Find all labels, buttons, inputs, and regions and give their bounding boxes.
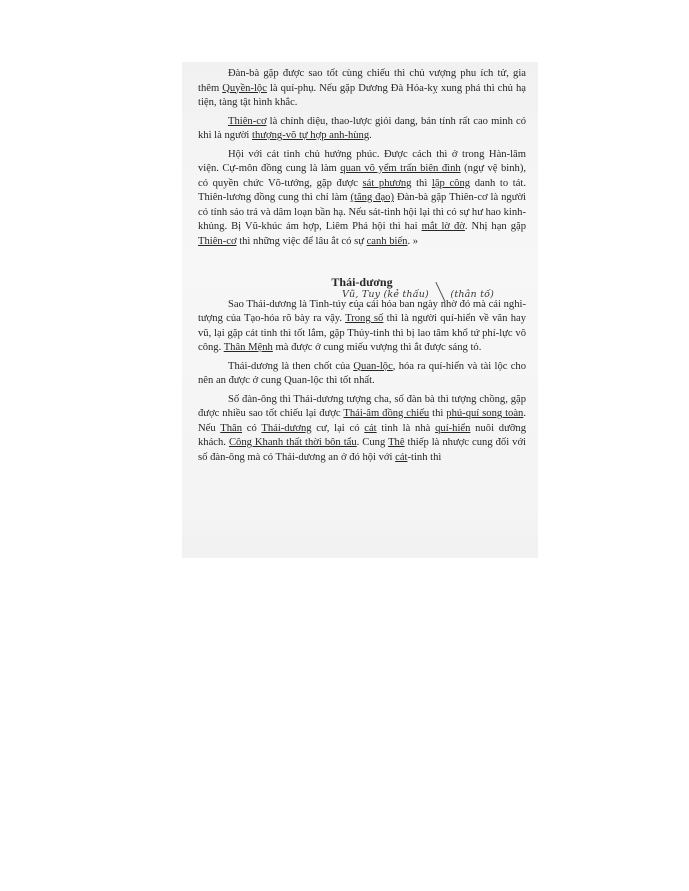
text-run: thì <box>411 178 431 189</box>
underlined-phrase: cát <box>395 452 407 463</box>
text-run: cư, lại có <box>312 423 365 434</box>
text-run: ám <box>286 221 299 232</box>
paragraph-p4: Sao Thái-dương là Tinh-túy của cái hỏa b… <box>198 298 526 356</box>
text-run: thì những việc để lâu ắt có sự <box>237 236 367 247</box>
paragraph-p5: Thái-dương là then chốt của Quan-lộc, hó… <box>198 360 526 389</box>
handwritten-note-left: Vũ, Tuy (kẻ thấu) <box>342 289 429 300</box>
underlined-phrase: Thê <box>388 437 404 448</box>
scanned-book-page: Đàn-bà gặp được sao tốt cùng chiếu thì c… <box>182 62 538 558</box>
underlined-phrase: Thiên-cơ <box>198 236 237 247</box>
text-run: Thái-dương là then chốt của <box>228 361 353 372</box>
underlined-phrase: thượng-võ tự hợp anh-hùng <box>252 130 369 141</box>
underlined-phrase: phú-quí song toàn <box>446 408 523 419</box>
underlined-phrase: Quyền-lộc <box>222 83 267 94</box>
text-run: . Nhị hạn gặp <box>465 221 526 232</box>
underlined-phrase: Quan-lộc <box>353 361 392 372</box>
underlined-phrase: Thân <box>220 423 242 434</box>
ink-speck <box>358 308 360 310</box>
text-run: hợp, Liêm Phá hội thì hai <box>299 221 422 232</box>
underlined-phrase: canh biến <box>367 236 408 247</box>
underlined-phrase: Trong số <box>345 313 383 324</box>
text-run: thì <box>429 408 446 419</box>
text-run: . Cung <box>357 437 388 448</box>
text-run: . » <box>407 236 418 247</box>
ink-speck <box>368 305 370 307</box>
paragraph-p1: Đàn-bà gặp được sao tốt cùng chiếu thì c… <box>198 67 526 111</box>
underlined-phrase: cát <box>364 423 376 434</box>
paragraph-p3: Hội với cát tinh chủ hưởng phúc. Được cá… <box>198 148 526 250</box>
underlined-phrase: Thái-dương <box>261 423 311 434</box>
underlined-phrase: Công Khanh thất thời bôn tẩu <box>229 437 357 448</box>
ink-speck <box>350 302 352 304</box>
underlined-phrase: Thái-âm đồng chiếu <box>343 408 429 419</box>
text-run: tinh là nhà <box>377 423 435 434</box>
paragraph-p2: Thiên-cơ là chính diệu, thao-lược giỏi d… <box>198 115 526 144</box>
underlined-phrase: Thân Mệnh <box>224 342 273 353</box>
underlined-phrase: quí-hiển <box>435 423 470 434</box>
underlined-phrase: Thiên-cơ <box>228 116 267 127</box>
text-run: . <box>369 130 372 141</box>
handwritten-stroke <box>436 282 446 302</box>
underlined-phrase: mắt lờ đờ <box>422 221 465 232</box>
text-block-thai-duong: Sao Thái-dương là Tinh-túy của cái hỏa b… <box>198 298 526 466</box>
paragraph-p6: Số đàn-ông thì Thái-dương tượng cha, số … <box>198 393 526 466</box>
underlined-phrase: lập công <box>432 178 470 189</box>
underlined-phrase: (tăng đạo) <box>350 192 394 203</box>
text-run: mà được ở cung miếu vượng thì ắt được sá… <box>273 342 482 353</box>
text-block-thien-co: Đàn-bà gặp được sao tốt cùng chiếu thì c… <box>198 67 526 249</box>
underlined-phrase: sát phương <box>363 178 412 189</box>
underlined-phrase: quan võ yểm trấn biên đình <box>340 163 460 174</box>
text-run: -tinh thì <box>407 452 441 463</box>
handwritten-annotation: Vũ, Tuy (kẻ thấu) (thân tố) <box>342 281 494 303</box>
handwritten-note-right: (thân tố) <box>450 289 494 300</box>
text-run: có <box>242 423 261 434</box>
